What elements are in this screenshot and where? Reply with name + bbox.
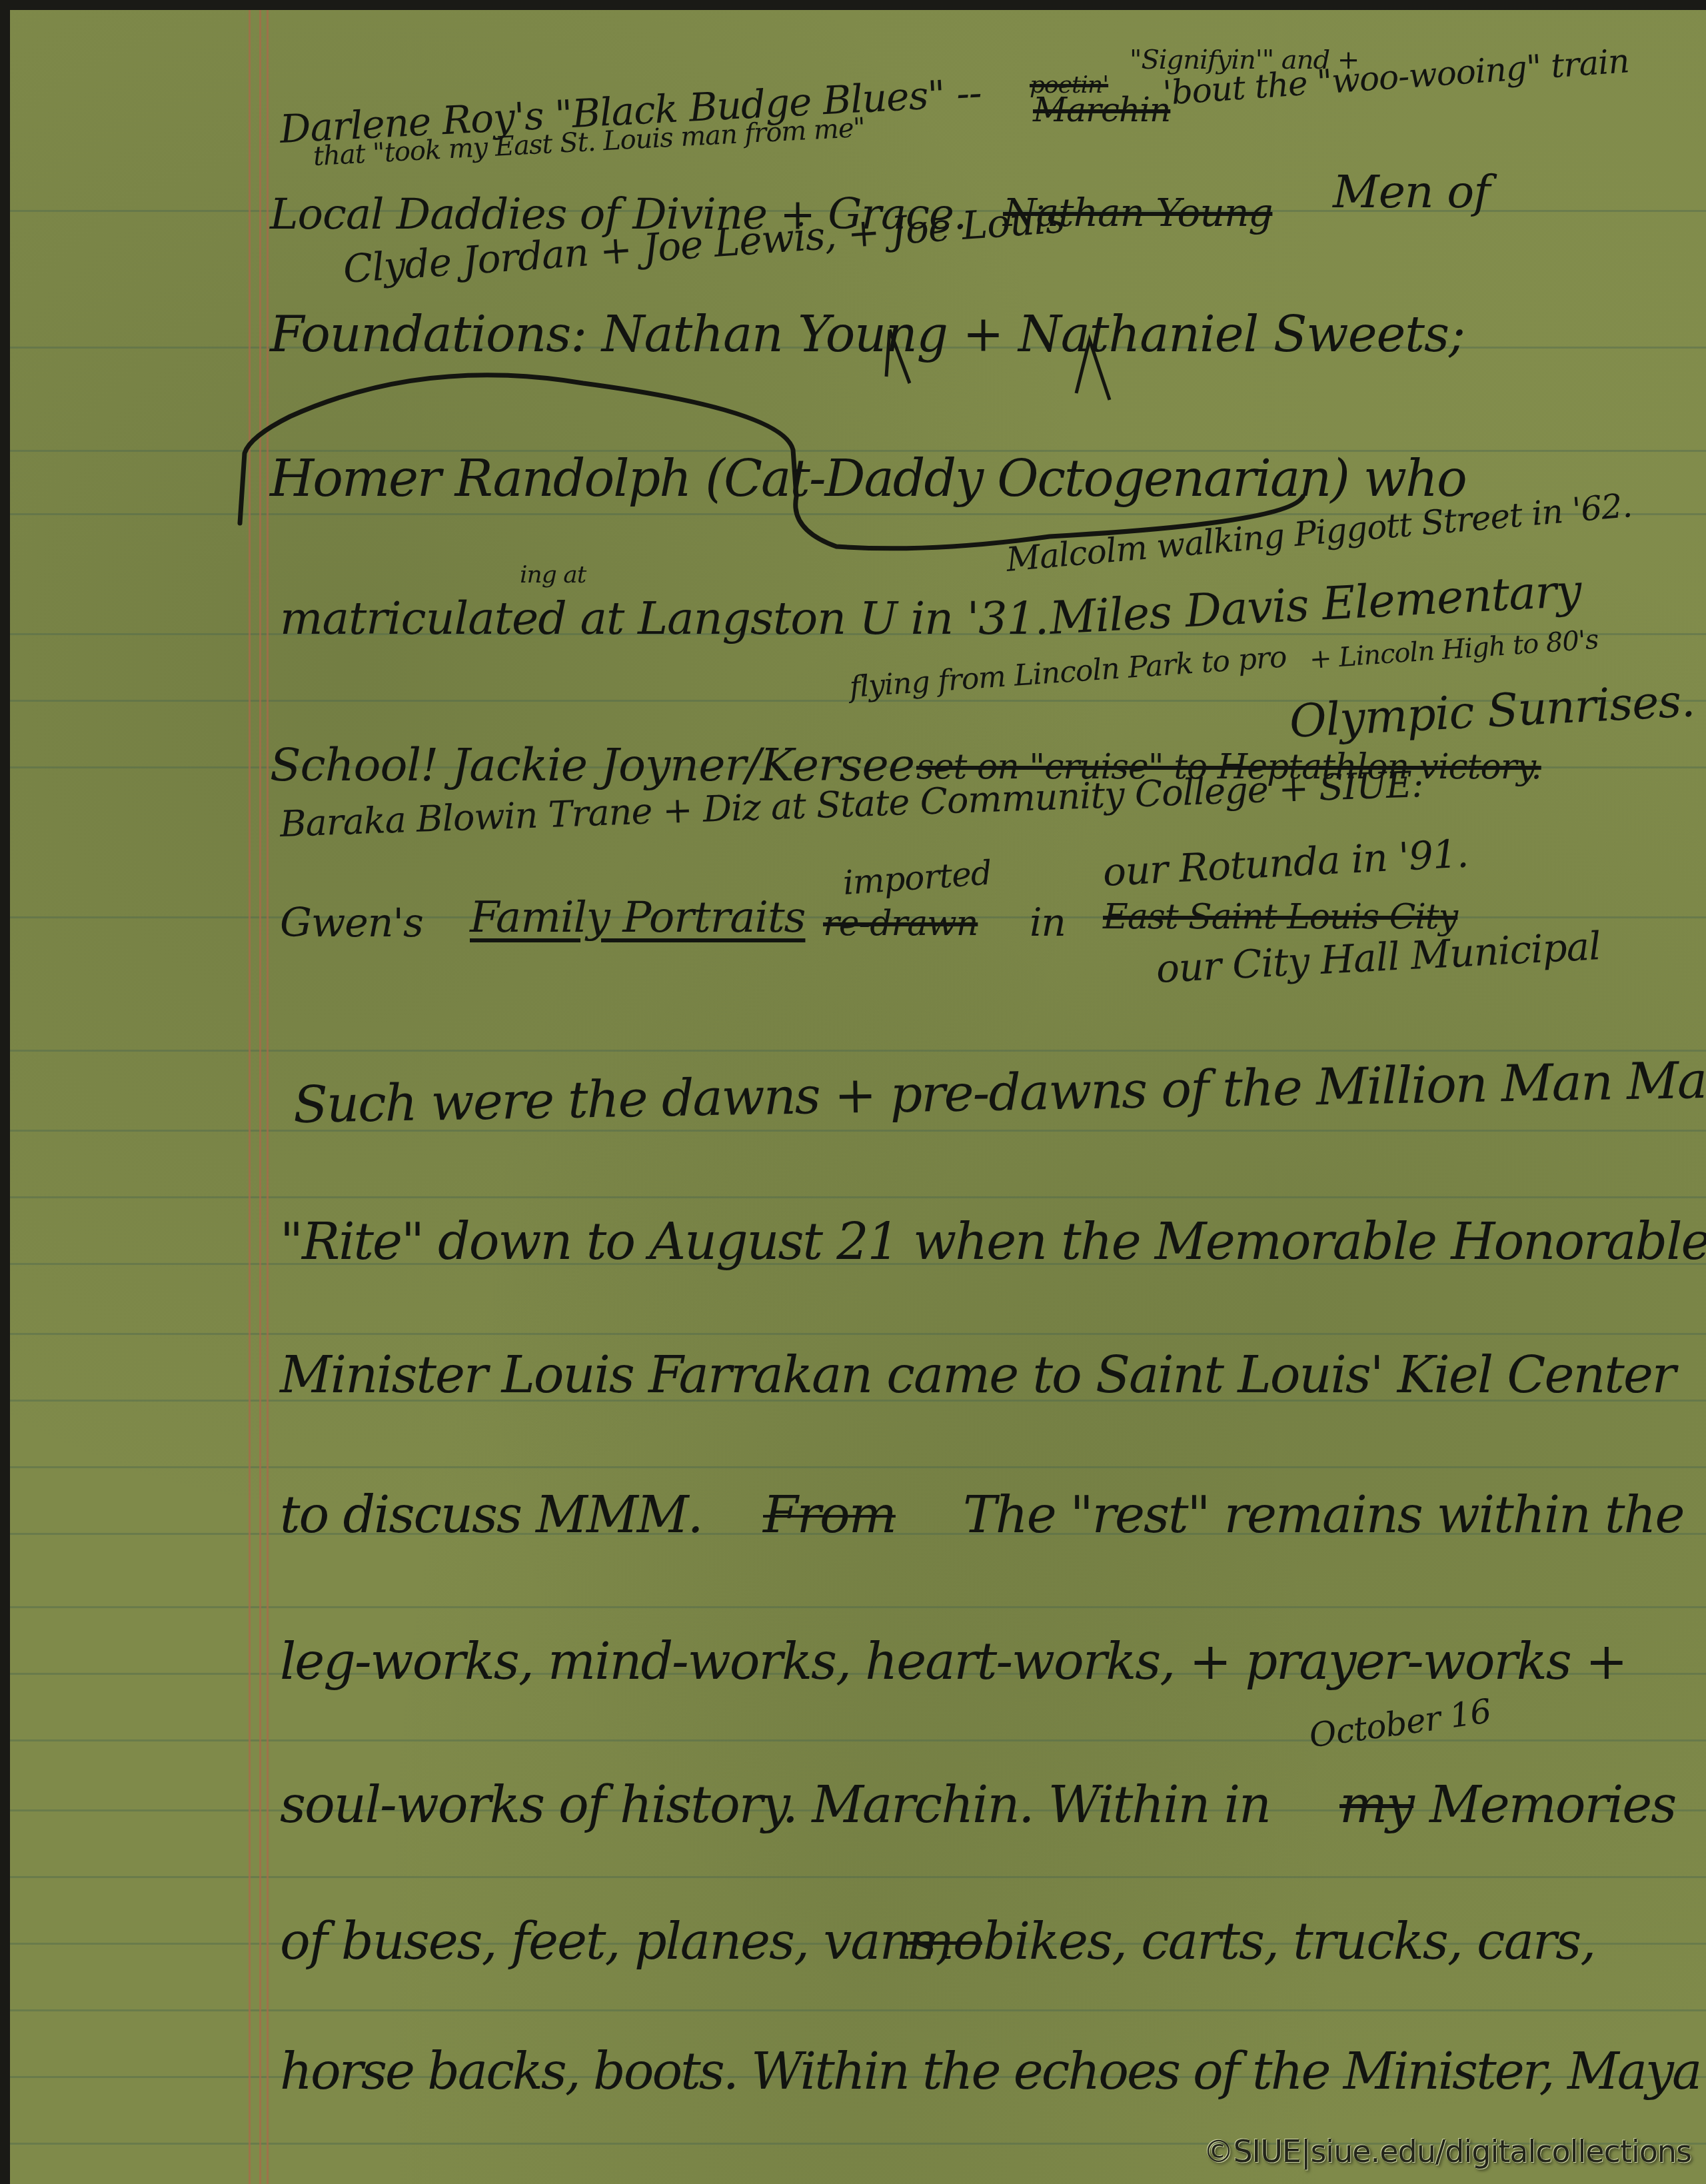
ruled-line [10, 1333, 1706, 1335]
note-school-jackie: School! Jackie Joyner/Kersee [270, 743, 914, 788]
ruled-line [10, 2009, 1706, 2011]
note-gwens: Gwen's [280, 903, 423, 943]
body-line-6-post: Memories [1429, 1779, 1675, 1830]
ruled-line [10, 1196, 1706, 1198]
note-family-portraits: Family Portraits [470, 896, 805, 939]
ruled-line [10, 1466, 1706, 1468]
note-matriculated: matriculated at Langston U in '31. [280, 596, 1048, 642]
body-line-4-pre: to discuss MMM. [280, 1490, 702, 1540]
ruled-line [10, 1050, 1706, 1052]
body-line-5: leg-works, mind-works, heart-works, + pr… [280, 1636, 1627, 1687]
note-olympic-sunrises: Olympic Sunrises. [1288, 678, 1695, 745]
body-line-4-struck-from: From [763, 1490, 896, 1540]
note-in: in [1030, 903, 1066, 942]
note-insert-ing-at: ing at [520, 563, 586, 587]
ruled-line [10, 1739, 1706, 1741]
body-line-8: horse backs, boots. Within the echoes of… [280, 2046, 1706, 2097]
body-line-3: Minister Louis Farrakan came to Saint Lo… [280, 1350, 1675, 1400]
note-struck-redrawn: re-drawn [823, 906, 978, 941]
body-line-6-main: soul-works of history. Marchin. Within i… [280, 1779, 1270, 1830]
body-line-6-struck-my: my [1339, 1779, 1413, 1830]
note-insert-imported: imported [842, 856, 992, 899]
siue-watermark: ©SIUE|siue.edu/digitalcollections [1203, 2133, 1691, 2169]
body-line-7-struck: mo [906, 1916, 982, 1967]
legal-pad-page: "Signifyin'" and + poetin' Darlene Roy's… [10, 10, 1706, 2184]
margin-line [259, 10, 261, 2184]
body-line-4-post: The "rest" remains within the [963, 1490, 1684, 1540]
body-line-7-post: bikes, carts, trucks, cars, [983, 1916, 1595, 1967]
body-line-1: Such were the dawns + pre-dawns of the M… [293, 1053, 1706, 1130]
note-struck-marchin: Marchin [1033, 93, 1170, 127]
ruled-line [10, 1130, 1706, 1132]
note-flying-lincoln-park: flying from Lincoln Park to pro [848, 642, 1287, 702]
note-men-of: Men of [1333, 170, 1489, 215]
margin-line [249, 10, 251, 2184]
ruled-line [10, 1876, 1706, 1878]
body-line-2: "Rite" down to August 21 when the Memora… [280, 1216, 1706, 1267]
note-struck-east-saint-louis-city: East Saint Louis City [1103, 900, 1457, 934]
note-homer-randolph: Homer Randolph (Cat-Daddy Octogenarian) … [270, 453, 1466, 504]
ruled-line [10, 1606, 1706, 1608]
body-line-6-insert-october: October 16 [1307, 1694, 1493, 1753]
body-line-7-pre: of buses, feet, planes, vans, [280, 1916, 950, 1967]
note-our-rotunda: our Rotunda in '91. [1102, 834, 1469, 892]
margin-line [267, 10, 269, 2184]
note-foundations: Foundations: Nathan Young + Nathaniel Sw… [270, 310, 1465, 359]
